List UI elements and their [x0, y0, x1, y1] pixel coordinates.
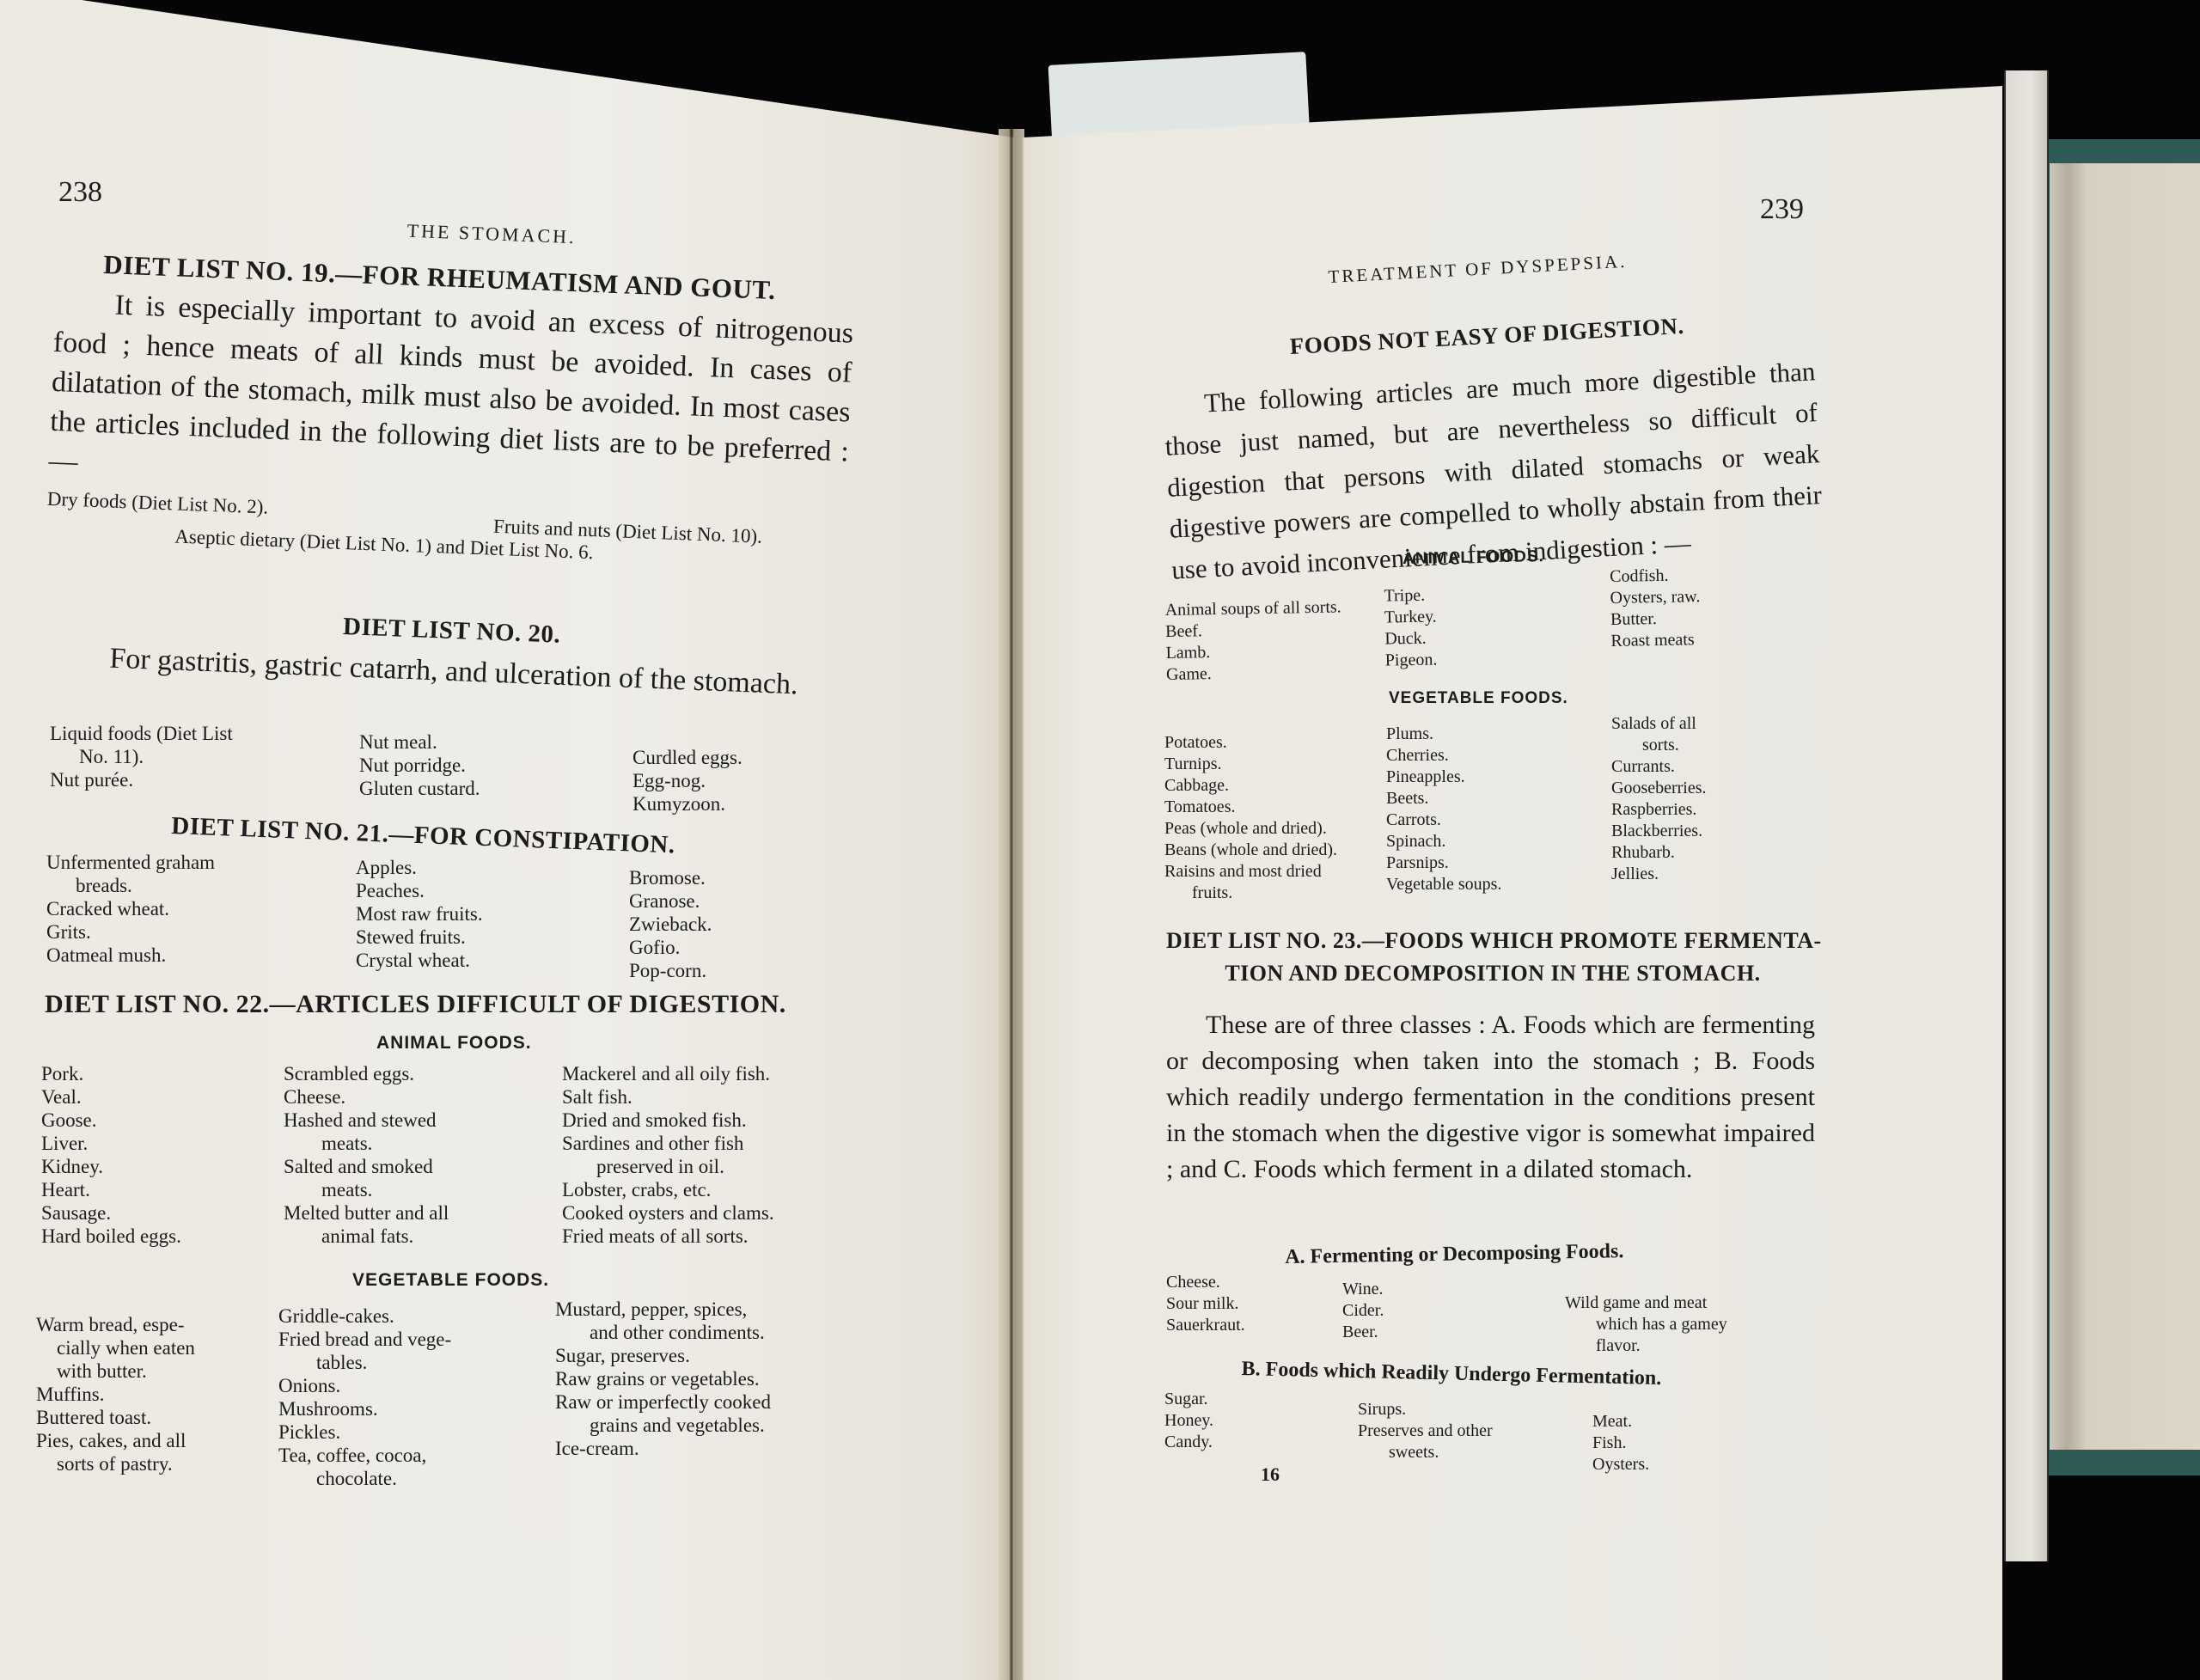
- list-item: Pickles.: [278, 1420, 451, 1444]
- list-item: Carrots.: [1386, 809, 1501, 831]
- list-item: Salted and smoked: [284, 1155, 449, 1178]
- item-column: Scrambled eggs. Cheese. Hashed and stewe…: [284, 1062, 449, 1248]
- list-item: Turnips.: [1164, 754, 1337, 775]
- list-item: Bromose.: [629, 866, 712, 889]
- list-item: Sauerkraut.: [1166, 1315, 1245, 1336]
- list-item: Fried bread and vege-: [278, 1328, 451, 1351]
- list-item: Ice-cream.: [555, 1437, 771, 1460]
- list-item: Liver.: [41, 1132, 181, 1155]
- list-item: Egg-nog.: [632, 769, 742, 792]
- list-item: Cheese.: [1166, 1272, 1245, 1293]
- list-item: Griddle-cakes.: [278, 1304, 451, 1328]
- list-item: Pork.: [41, 1062, 181, 1085]
- list-item: Kumyzoon.: [632, 792, 742, 816]
- list-item: Pop-corn.: [629, 959, 712, 982]
- list-item: grains and vegetables.: [555, 1414, 771, 1437]
- item-column: Cheese. Sour milk. Sauerkraut.: [1166, 1272, 1245, 1336]
- list-item: Heart.: [41, 1178, 181, 1201]
- list-item: Cracked wheat.: [46, 897, 215, 920]
- list-item: Lobster, crabs, etc.: [562, 1178, 774, 1201]
- page-number: 238: [58, 176, 102, 209]
- diet-list-23-paragraph-wrap: These are of three classes : A. Foods wh…: [1166, 1007, 1815, 1188]
- item-column: Curdled eggs. Egg-nog. Kumyzoon.: [632, 746, 742, 816]
- list-item: Meat.: [1592, 1411, 1649, 1433]
- list-item: Peaches.: [356, 879, 483, 902]
- list-item: breads.: [46, 874, 215, 897]
- list-item: Wine.: [1342, 1279, 1384, 1300]
- list-item: Nut purée.: [50, 768, 233, 791]
- list-item: preserved in oil.: [562, 1155, 774, 1178]
- item-column: Bromose. Granose. Zwieback. Gofio. Pop-c…: [629, 866, 712, 982]
- item-column: Liquid foods (Diet List No. 11). Nut pur…: [50, 722, 233, 791]
- list-item: No. 11).: [50, 745, 233, 768]
- diet-list-23-heading-line2: TION AND DECOMPOSITION IN THE STOMACH.: [1166, 961, 1819, 987]
- diet-list-22-animal-items: Pork. Veal. Goose. Liver. Kidney. Heart.…: [41, 1062, 883, 1260]
- list-item: Liquid foods (Diet List: [50, 722, 233, 745]
- list-item: sorts.: [1611, 735, 1707, 756]
- list-item: Hard boiled eggs.: [41, 1225, 181, 1248]
- list-item: sweets.: [1358, 1442, 1493, 1463]
- list-item: Warm bread, espe-: [36, 1313, 195, 1336]
- list-item: meats.: [284, 1132, 449, 1155]
- list-item: chocolate.: [278, 1467, 451, 1490]
- list-item: Gooseberries.: [1611, 778, 1707, 799]
- vegetable-foods-label: VEGETABLE FOODS.: [352, 1270, 549, 1291]
- diet-list-23-paragraph: These are of three classes : A. Foods wh…: [1166, 1007, 1815, 1188]
- item-column: Pork. Veal. Goose. Liver. Kidney. Heart.…: [41, 1062, 181, 1248]
- list-item: Peas (whole and dried).: [1164, 818, 1337, 840]
- list-item: Goose.: [41, 1109, 181, 1132]
- list-item: Dried and smoked fish.: [562, 1109, 774, 1132]
- list-item: Oatmeal mush.: [46, 944, 215, 967]
- list-item: Zwieback.: [629, 913, 712, 936]
- diet-list-20-items: Liquid foods (Diet List No. 11). Nut pur…: [50, 722, 875, 825]
- item-column: Griddle-cakes. Fried bread and vege- tab…: [278, 1304, 451, 1490]
- item-column: Codfish. Oysters, raw. Butter. Roast mea…: [1610, 565, 1702, 652]
- page-block-edge: [2004, 70, 2049, 1561]
- list-item: Kidney.: [41, 1155, 181, 1178]
- item-column: Mustard, pepper, spices, and other condi…: [555, 1298, 771, 1460]
- list-item: Hashed and stewed: [284, 1109, 449, 1132]
- list-item: Vegetable soups.: [1386, 874, 1501, 895]
- list-item: cially when eaten: [36, 1336, 195, 1359]
- list-item: Tea, coffee, cocoa,: [278, 1444, 451, 1467]
- list-item: Buttered toast.: [36, 1406, 195, 1429]
- list-item: Raw grains or vegetables.: [555, 1367, 771, 1390]
- book-gutter: [999, 129, 1024, 1680]
- list-item: Mackerel and all oily fish.: [562, 1062, 774, 1085]
- diet-list-22-vegetable-items: Warm bread, espe- cially when eaten with…: [36, 1303, 878, 1500]
- class-a-items: Cheese. Sour milk. Sauerkraut. Wine. Cid…: [1166, 1272, 1836, 1366]
- list-item: meats.: [284, 1178, 449, 1201]
- list-item: Fried meats of all sorts.: [562, 1225, 774, 1248]
- list-item: Beans (whole and dried).: [1164, 840, 1337, 861]
- list-item: Sausage.: [41, 1201, 181, 1225]
- list-item: flavor.: [1565, 1335, 1727, 1357]
- list-item: Scrambled eggs.: [284, 1062, 449, 1085]
- list-item: and other condiments.: [555, 1321, 771, 1344]
- diet-list-22-heading-wrap: DIET LIST NO. 22.—ARTICLES DIFFICULT OF …: [45, 990, 786, 1019]
- list-item: which has a gamey: [1565, 1314, 1727, 1335]
- list-item: Melted butter and all: [284, 1201, 449, 1225]
- vegetable-foods-label: VEGETABLE FOODS.: [1389, 689, 1568, 708]
- list-item: Tomatoes.: [1164, 797, 1337, 818]
- list-item: Spinach.: [1386, 831, 1501, 852]
- list-item: Veal.: [41, 1085, 181, 1109]
- list-item: Currants.: [1611, 756, 1707, 778]
- list-item: Wild game and meat: [1565, 1292, 1727, 1314]
- list-item: Mustard, pepper, spices,: [555, 1298, 771, 1321]
- list-item: Raisins and most dried: [1164, 861, 1337, 883]
- list-item: Sour milk.: [1166, 1293, 1245, 1315]
- list-item: Apples.: [356, 856, 483, 879]
- list-item: Sirups.: [1358, 1399, 1493, 1420]
- list-item: Oysters.: [1592, 1454, 1649, 1475]
- list-item: Sugar, preserves.: [555, 1344, 771, 1367]
- item-column: Nut meal. Nut porridge. Gluten custard.: [359, 730, 480, 800]
- list-item: Raspberries.: [1611, 799, 1707, 821]
- list-item: Blackberries.: [1611, 821, 1707, 842]
- list-item: Sardines and other fish: [562, 1132, 774, 1155]
- animal-foods-label: ANIMAL FOODS.: [376, 1033, 532, 1054]
- diet-list-23-heading-line1: DIET LIST NO. 23.—FOODS WHICH PROMOTE FE…: [1166, 928, 1819, 954]
- list-item: Gofio.: [629, 936, 712, 959]
- list-item: Mushrooms.: [278, 1397, 451, 1420]
- item-column: Animal soups of all sorts. Beef. Lamb. G…: [1165, 596, 1343, 686]
- list-item: Muffins.: [36, 1383, 195, 1406]
- list-item: Pigeon.: [1385, 649, 1438, 671]
- list-item: Nut meal.: [359, 730, 480, 754]
- diet-list-19-paragraph: It is especially important to avoid an e…: [48, 284, 854, 512]
- list-item: with butter.: [36, 1359, 195, 1383]
- list-item: Fish.: [1592, 1433, 1649, 1454]
- list-item: Crystal wheat.: [356, 949, 483, 972]
- list-item: Jellies.: [1611, 864, 1707, 885]
- page-number: 239: [1760, 193, 1804, 226]
- list-item: Cabbage.: [1164, 775, 1337, 797]
- list-item: Pineapples.: [1386, 767, 1501, 788]
- list-item: Oysters, raw.: [1610, 586, 1700, 609]
- list-item: Curdled eggs.: [632, 746, 742, 769]
- diet-list-21-items: Unfermented graham breads. Cracked wheat…: [46, 851, 871, 980]
- item-column: Unfermented graham breads. Cracked wheat…: [46, 851, 215, 967]
- item-column: Mackerel and all oily fish. Salt fish. D…: [562, 1062, 774, 1248]
- list-item: Most raw fruits.: [356, 902, 483, 926]
- vegetable-foods-items: Potatoes. Turnips. Cabbage. Tomatoes. Pe…: [1164, 713, 1835, 911]
- list-item: Potatoes.: [1164, 732, 1337, 754]
- list-item: Onions.: [278, 1374, 451, 1397]
- left-page-text-block: THE STOMACH. DIET LIST NO. 19.—FOR RHEUM…: [45, 206, 857, 585]
- list-item: Codfish.: [1610, 565, 1700, 588]
- list-item: tables.: [278, 1351, 451, 1374]
- diet-list-23-heading: DIET LIST NO. 23.—FOODS WHICH PROMOTE FE…: [1166, 928, 1819, 987]
- item-column: Sirups. Preserves and other sweets.: [1358, 1399, 1493, 1463]
- signature-mark: 16: [1261, 1463, 1280, 1486]
- list-item: Salads of all: [1611, 713, 1707, 735]
- list-item: Beer.: [1342, 1322, 1384, 1343]
- list-item: Rhubarb.: [1611, 842, 1707, 864]
- list-item: Cooked oysters and clams.: [562, 1201, 774, 1225]
- list-item: Grits.: [46, 920, 215, 944]
- list-item: Cider.: [1342, 1300, 1384, 1322]
- list-item: sorts of pastry.: [36, 1452, 195, 1475]
- list-item: fruits.: [1164, 883, 1337, 904]
- item-column: Meat. Fish. Oysters.: [1592, 1411, 1649, 1475]
- list-item: Preserves and other: [1358, 1420, 1493, 1442]
- item-column: Sugar. Honey. Candy.: [1164, 1389, 1213, 1453]
- list-item: Beef.: [1165, 618, 1341, 643]
- list-item: Gluten custard.: [359, 777, 480, 800]
- list-item: Raw or imperfectly cooked: [555, 1390, 771, 1414]
- item-column: Wine. Cider. Beer.: [1342, 1279, 1384, 1343]
- list-item: Unfermented graham: [46, 851, 215, 874]
- list-item: Cherries.: [1386, 745, 1501, 767]
- list-item: animal fats.: [284, 1225, 449, 1248]
- list-item: Turkey.: [1384, 606, 1437, 628]
- list-item: Roast meats: [1610, 629, 1701, 652]
- list-item: Pies, cakes, and all: [36, 1429, 195, 1452]
- list-item: Stewed fruits.: [356, 926, 483, 949]
- item-column: Apples. Peaches. Most raw fruits. Stewed…: [356, 856, 483, 972]
- list-item: Plums.: [1386, 724, 1501, 745]
- item-column: Tripe. Turkey. Duck. Pigeon.: [1384, 584, 1438, 671]
- item-column: Plums. Cherries. Pineapples. Beets. Carr…: [1386, 724, 1501, 895]
- item-column: Wild game and meat which has a gamey fla…: [1565, 1292, 1727, 1357]
- list-item: Honey.: [1164, 1410, 1213, 1432]
- item-column: Potatoes. Turnips. Cabbage. Tomatoes. Pe…: [1164, 732, 1337, 904]
- list-item: Lamb.: [1165, 639, 1341, 664]
- list-item: Sugar.: [1164, 1389, 1213, 1410]
- cover-board-edge: [2050, 163, 2200, 1450]
- list-item: Candy.: [1164, 1432, 1213, 1453]
- list-item: Beets.: [1386, 788, 1501, 809]
- item-column: Warm bread, espe- cially when eaten with…: [36, 1313, 195, 1475]
- list-item: Granose.: [629, 889, 712, 913]
- list-item: Salt fish.: [562, 1085, 774, 1109]
- reference-item: Dry foods (Diet List No. 2).: [46, 488, 268, 519]
- item-column: Salads of all sorts. Currants. Gooseberr…: [1611, 713, 1707, 885]
- list-item: Game.: [1166, 661, 1342, 686]
- list-item: Duck.: [1384, 627, 1437, 650]
- list-item: Cheese.: [284, 1085, 449, 1109]
- list-item: Nut porridge.: [359, 754, 480, 777]
- list-item: Parsnips.: [1386, 852, 1501, 874]
- list-item: Tripe.: [1384, 584, 1436, 607]
- list-item: Butter.: [1610, 608, 1701, 631]
- animal-foods-items: Animal soups of all sorts. Beef. Lamb. G…: [1164, 562, 1836, 694]
- animal-foods-label: ANIMAL FOODS.: [1402, 547, 1544, 569]
- list-item: Animal soups of all sorts.: [1165, 596, 1341, 621]
- diet-list-22-heading: DIET LIST NO. 22.—ARTICLES DIFFICULT OF …: [45, 990, 786, 1019]
